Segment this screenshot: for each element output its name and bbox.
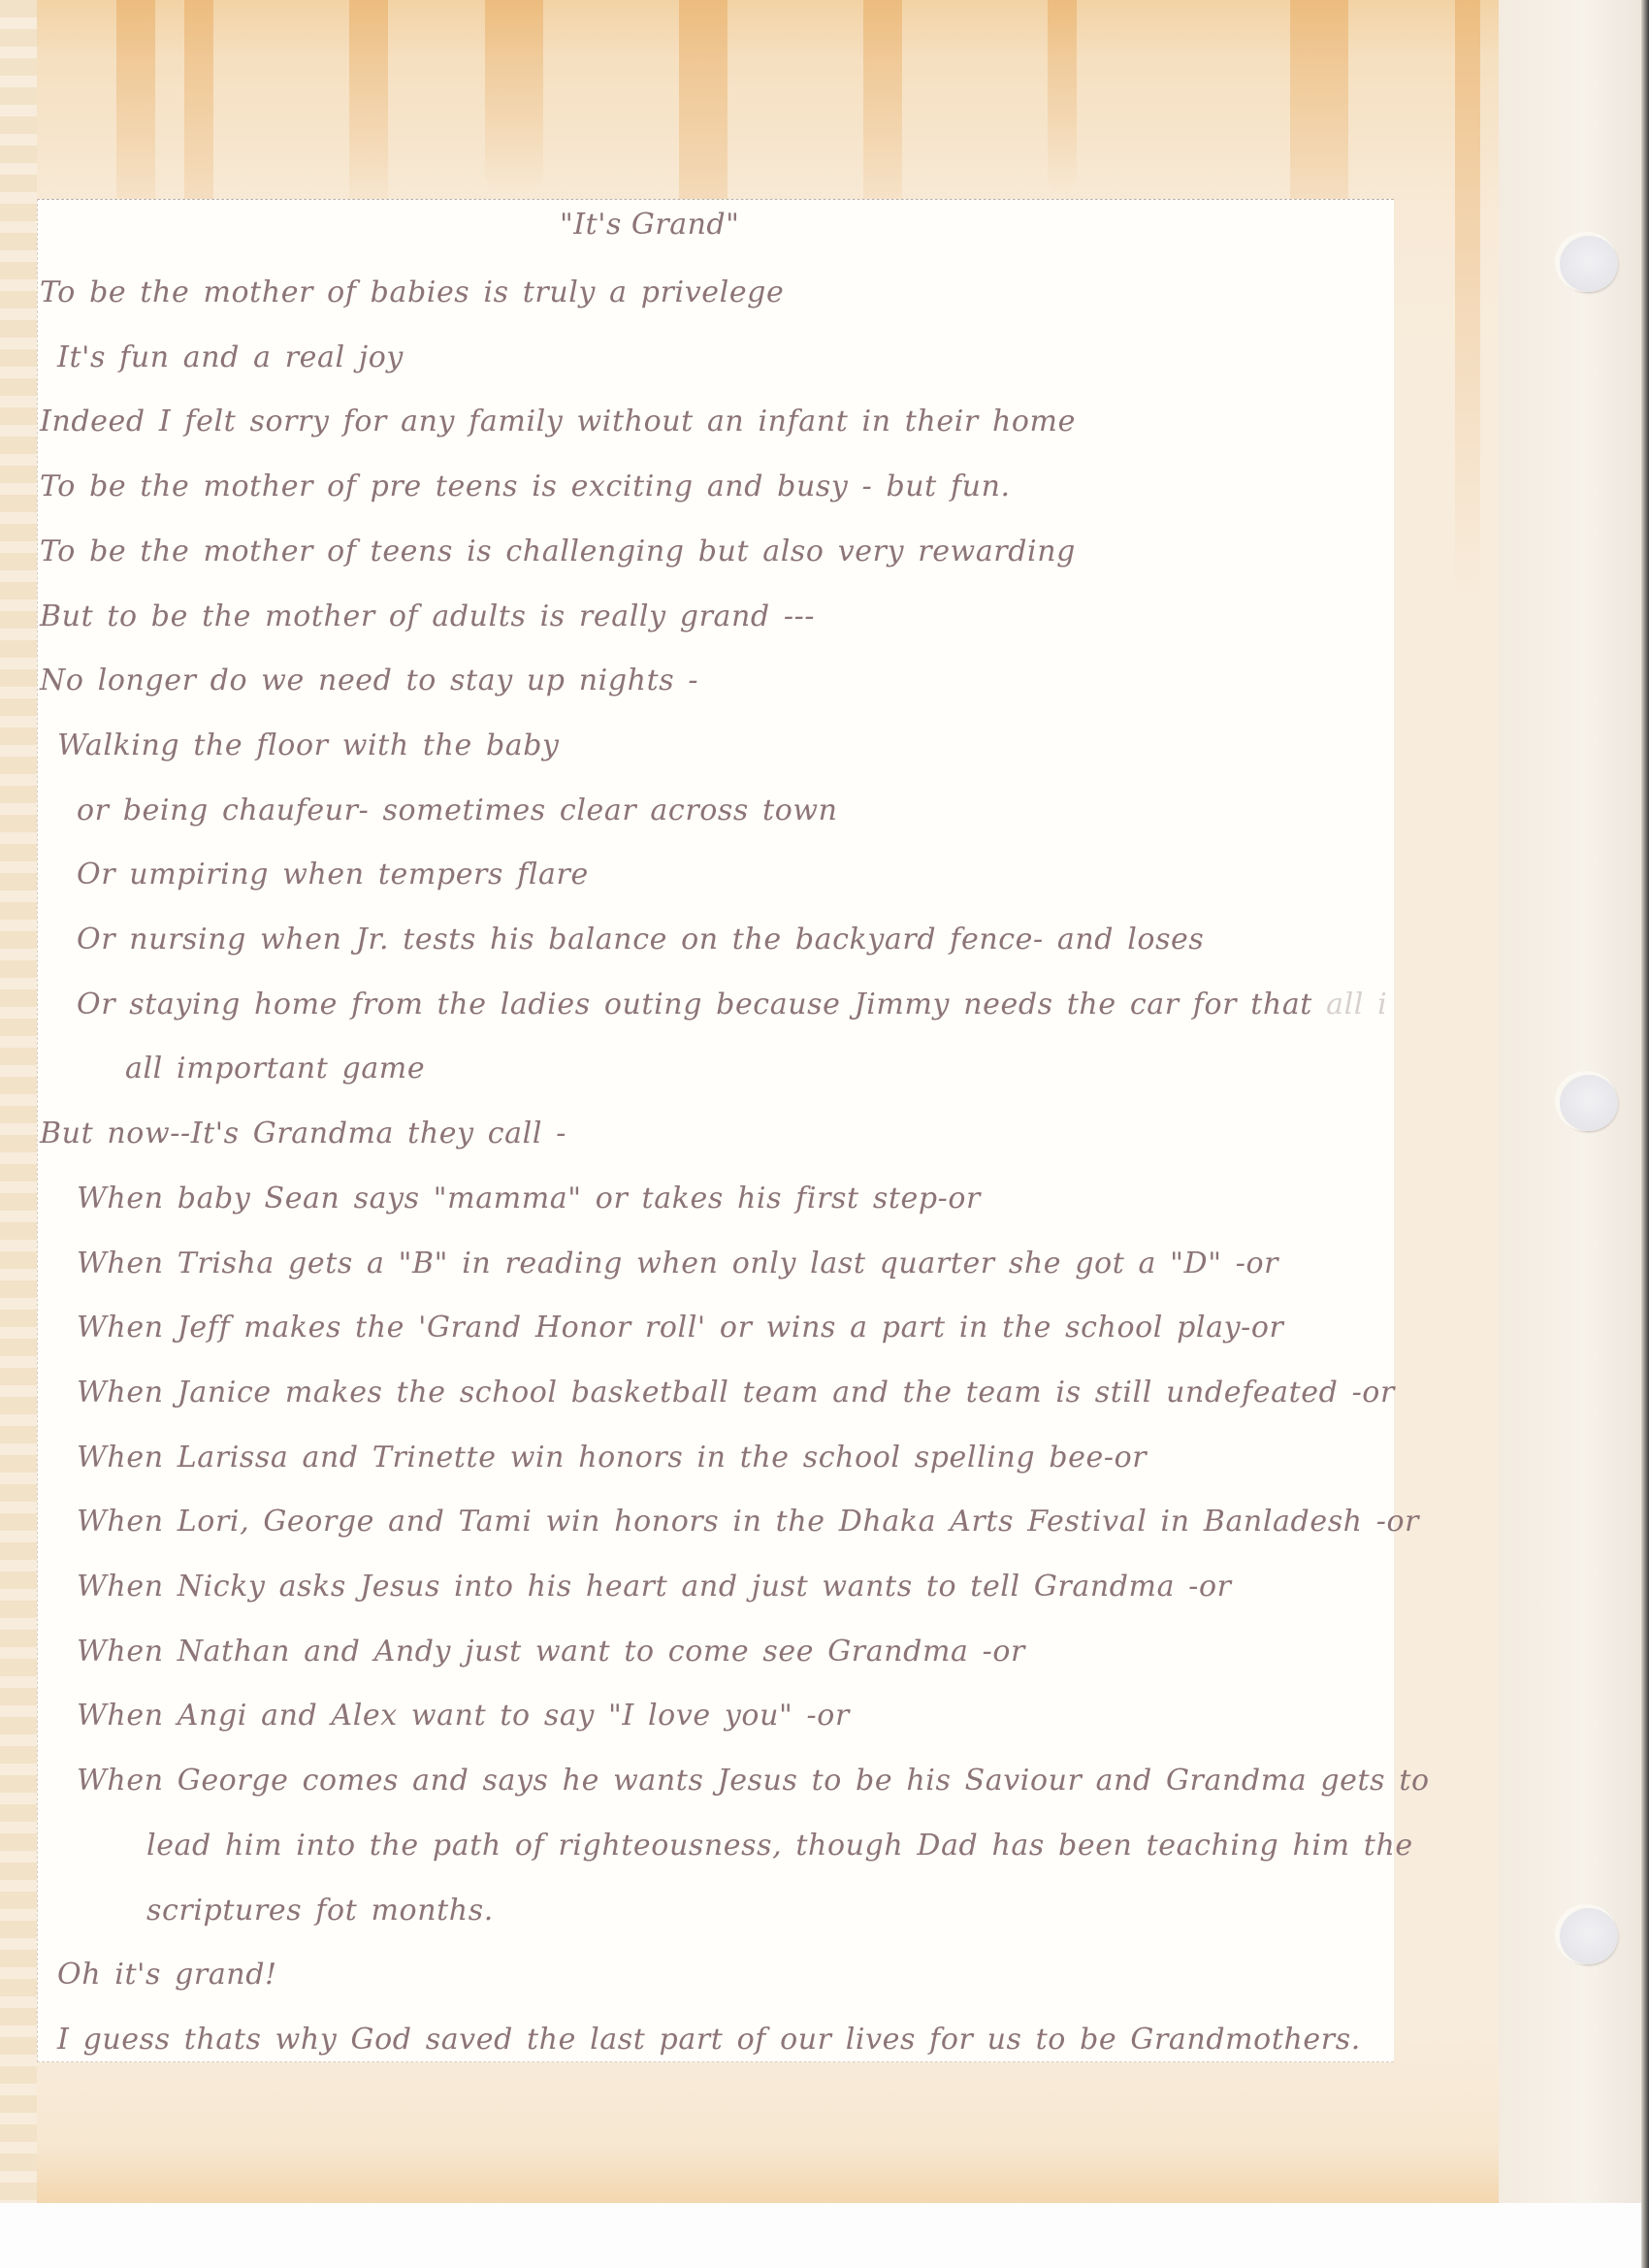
poem-line: Indeed I felt sorry for any family witho… bbox=[40, 405, 1076, 439]
scan-edge-shadow bbox=[1641, 0, 1649, 2268]
binder-hole-icon bbox=[1560, 1075, 1618, 1131]
poem-line: But to be the mother of adults is really… bbox=[40, 599, 815, 634]
poem-line: When George comes and says he wants Jesu… bbox=[77, 1764, 1430, 1798]
poem-line-text: When Trisha gets a "B" in reading when o… bbox=[77, 1247, 1278, 1280]
poem-line: When Lori, George and Tami win honors in… bbox=[77, 1505, 1419, 1539]
poem-line: When baby Sean says "mamma" or takes his… bbox=[77, 1182, 981, 1216]
stain-drip bbox=[485, 0, 543, 194]
poem-line-text: Or staying home from the ladies outing b… bbox=[77, 988, 1312, 1021]
poem-line-text: When Nathan and Andy just want to come s… bbox=[77, 1635, 1025, 1669]
binder-edge-strip bbox=[0, 0, 37, 2203]
poem-line-text: When baby Sean says "mamma" or takes his… bbox=[77, 1182, 981, 1215]
poem-line: It's fun and a real joy bbox=[57, 340, 404, 375]
poem-line: When Nathan and Andy just want to come s… bbox=[77, 1635, 1025, 1669]
poem-line: When Larissa and Trinette win honors in … bbox=[77, 1441, 1147, 1475]
poem-line-text: But to be the mother of adults is really… bbox=[40, 599, 815, 633]
stain-drip bbox=[349, 0, 388, 223]
faded-erased-text: all i bbox=[1312, 988, 1387, 1021]
stain-drip bbox=[1048, 0, 1077, 194]
poem-line-text: Oh it's grand! bbox=[57, 1958, 277, 1992]
poem-line: To be the mother of pre teens is excitin… bbox=[40, 470, 1011, 504]
poem-line-text: Indeed I felt sorry for any family witho… bbox=[40, 405, 1076, 438]
poem-line: or being chaufeur- sometimes clear acros… bbox=[77, 794, 838, 828]
poem-line-text: Or nursing when Jr. tests his balance on… bbox=[77, 923, 1204, 956]
poem-line: Walking the floor with the baby bbox=[57, 729, 560, 763]
poem-line: When Nicky asks Jesus into his heart and… bbox=[77, 1570, 1232, 1604]
poem-line: When Trisha gets a "B" in reading when o… bbox=[77, 1247, 1278, 1281]
poem-line-text: When George comes and says he wants Jesu… bbox=[77, 1764, 1430, 1798]
poem-line-text: When Lori, George and Tami win honors in… bbox=[77, 1505, 1419, 1539]
poem-line-text: When Jeff makes the 'Grand Honor roll' o… bbox=[77, 1311, 1284, 1345]
poem-line-text: When Angi and Alex want to say "I love y… bbox=[77, 1699, 850, 1733]
poem-line: When Janice makes the school basketball … bbox=[77, 1376, 1395, 1410]
poem-line-text: No longer do we need to stay up nights - bbox=[40, 664, 698, 697]
poem-line: No longer do we need to stay up nights - bbox=[40, 664, 698, 698]
typed-poem-sheet: "It's Grand" To be the mother of babies … bbox=[37, 199, 1394, 2062]
poem-line: I guess thats why God saved the last par… bbox=[57, 2023, 1361, 2057]
poem-line-text: scriptures fot months. bbox=[146, 1894, 494, 1928]
poem-line: Oh it's grand! bbox=[57, 1958, 277, 1993]
stain-drip bbox=[1455, 0, 1480, 601]
poem-line-text: When Janice makes the school basketball … bbox=[77, 1376, 1395, 1409]
poem-line-text: I guess thats why God saved the last par… bbox=[57, 2023, 1361, 2057]
poem-line: Or nursing when Jr. tests his balance on… bbox=[77, 923, 1204, 957]
poem-line-text: all important game bbox=[125, 1052, 425, 1085]
poem-line-text: To be the mother of pre teens is excitin… bbox=[40, 470, 1011, 503]
poem-line: lead him into the path of righteousness,… bbox=[146, 1829, 1413, 1863]
poem-line-text: Walking the floor with the baby bbox=[57, 729, 560, 762]
binder-hole-icon bbox=[1560, 1908, 1618, 1964]
poem-line: To be the mother of babies is truly a pr… bbox=[40, 275, 784, 310]
poem-line-text: When Larissa and Trinette win honors in … bbox=[77, 1441, 1147, 1474]
poem-title: "It's Grand" bbox=[560, 208, 739, 242]
binder-hole-icon bbox=[1560, 236, 1618, 292]
poem-line: When Jeff makes the 'Grand Honor roll' o… bbox=[77, 1311, 1284, 1345]
poem-line-text: When Nicky asks Jesus into his heart and… bbox=[77, 1570, 1232, 1604]
poem-line-text: lead him into the path of righteousness,… bbox=[146, 1829, 1413, 1863]
scanned-page: "It's Grand" To be the mother of babies … bbox=[0, 0, 1649, 2268]
poem-line: But now--It's Grandma they call - bbox=[40, 1117, 566, 1151]
poem-line: Or umpiring when tempers flare bbox=[77, 858, 589, 892]
poem-line-text: To be the mother of teens is challenging… bbox=[40, 535, 1076, 568]
scanner-bed bbox=[0, 2203, 1641, 2268]
poem-line-text: It's fun and a real joy bbox=[57, 340, 404, 374]
poem-line-text: But now--It's Grandma they call - bbox=[40, 1117, 566, 1150]
poem-line: Or staying home from the ladies outing b… bbox=[77, 988, 1387, 1022]
poem-line-text: To be the mother of babies is truly a pr… bbox=[40, 275, 784, 309]
poem-line: scriptures fot months. bbox=[146, 1894, 494, 1928]
poem-line: all important game bbox=[125, 1052, 425, 1086]
poem-line: To be the mother of teens is challenging… bbox=[40, 535, 1076, 569]
poem-line: When Angi and Alex want to say "I love y… bbox=[77, 1699, 850, 1733]
poem-line-text: or being chaufeur- sometimes clear acros… bbox=[77, 794, 838, 827]
poem-line-text: Or umpiring when tempers flare bbox=[77, 858, 589, 891]
